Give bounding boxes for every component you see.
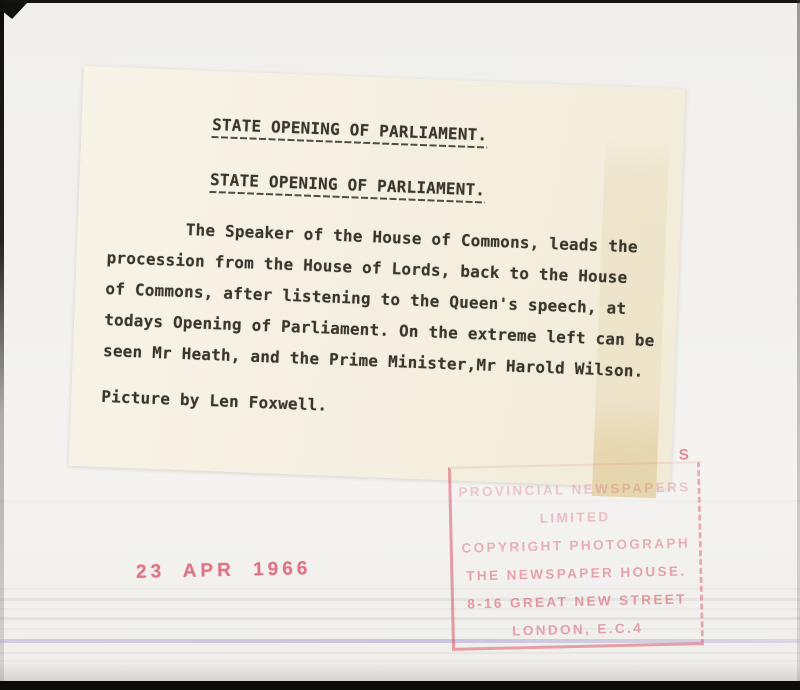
caption-text: STATE OPENING OF PARLIAMENT. STATE OPENI…: [71, 66, 686, 434]
scan-streak: [0, 652, 800, 654]
press-photo-caption-card: STATE OPENING OF PARLIAMENT. STATE OPENI…: [0, 0, 800, 690]
caption-sheet: STATE OPENING OF PARLIAMENT. STATE OPENI…: [69, 66, 686, 489]
photo-edge-left: [0, 0, 4, 690]
caption-heading-main-text: STATE OPENING OF PARLIAMENT.: [210, 170, 486, 204]
photo-edge-top: [0, 0, 800, 3]
date-stamp: 23 APR 1966: [136, 558, 312, 584]
copyright-stamp: S PROVINCIAL NEWSPAPERS LIMITED COPYRIGH…: [448, 461, 704, 651]
photo-edge-bottom-shade: [0, 662, 800, 682]
caption-heading-top: STATE OPENING OF PARLIAMENT.: [112, 111, 588, 148]
caption-credit: Picture by Len Foxwell.: [101, 381, 578, 430]
photo-corner-notch: [3, 3, 27, 19]
caption-heading-main: STATE OPENING OF PARLIAMENT.: [109, 166, 585, 203]
copyright-stamp-fragment: S: [679, 446, 689, 463]
copyright-stamp-line: LONDON, E.C.4: [454, 613, 701, 647]
photo-edge-bottom: [0, 681, 800, 690]
caption-body: The Speaker of the House of Commons, lea…: [102, 211, 584, 384]
caption-heading-top-text: STATE OPENING OF PARLIAMENT.: [212, 115, 488, 149]
